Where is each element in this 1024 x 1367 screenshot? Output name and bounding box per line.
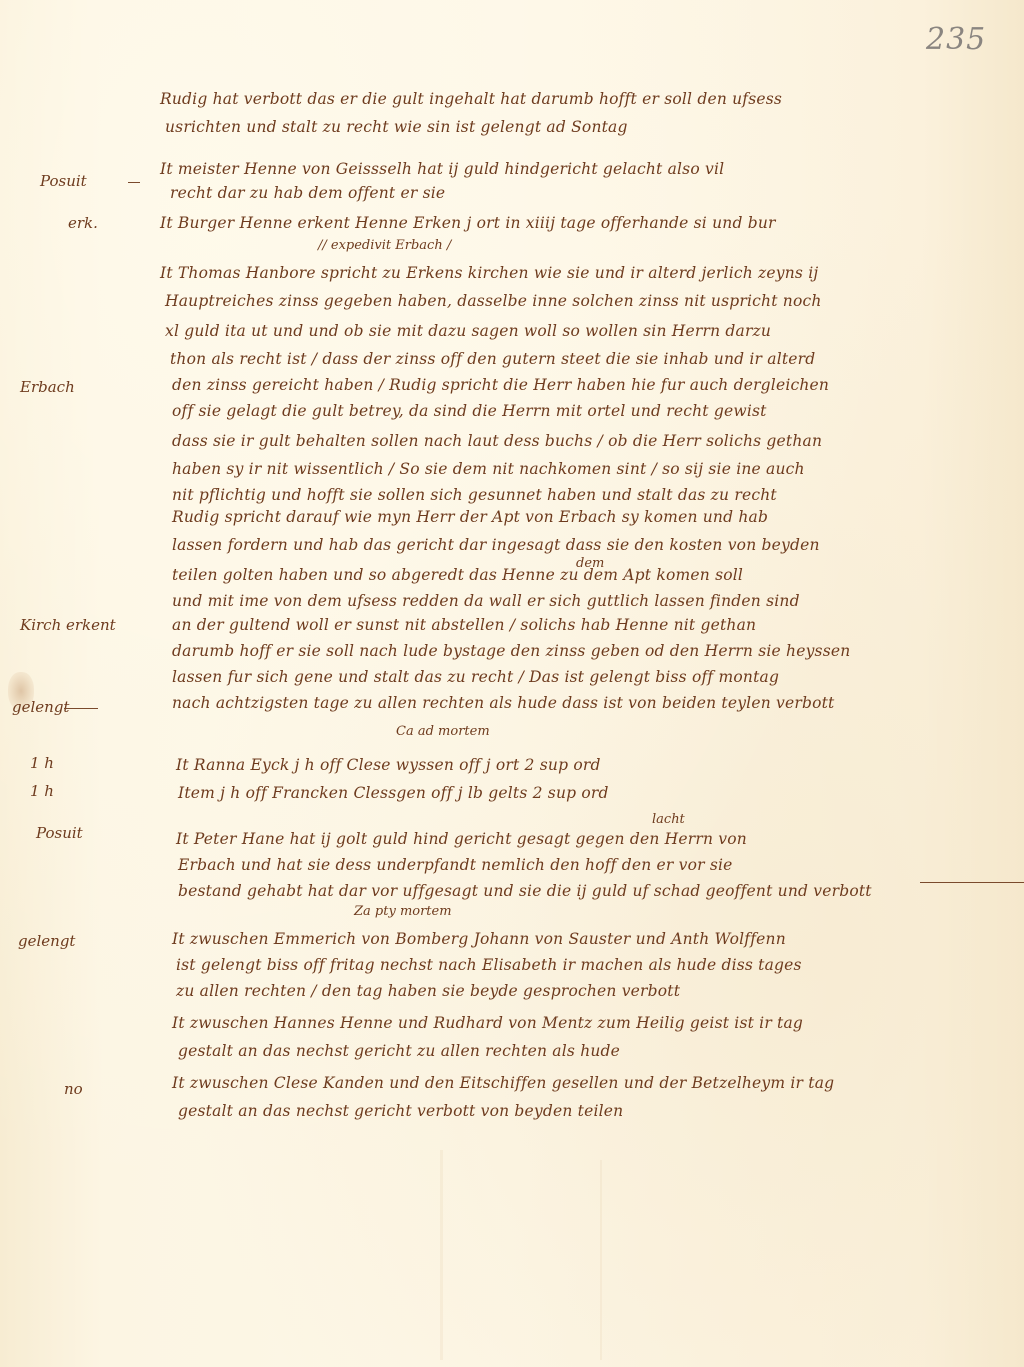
margin-note-h: 1 h xyxy=(30,782,54,800)
text-line: thon als recht ist / dass der zinss off … xyxy=(170,350,815,368)
text-line: haben sy ir nit wissentlich / So sie dem… xyxy=(172,460,805,478)
interlinear-ca-ad-mortem: Ca ad mortem xyxy=(396,724,490,739)
text-line: lassen fur sich gene und stalt das zu re… xyxy=(172,668,779,686)
text-line: an der gultend woll er sunst nit abstell… xyxy=(172,616,756,634)
text-line: gestalt an das nechst gericht zu allen r… xyxy=(178,1042,620,1060)
text-line: It Peter Hane hat ij golt guld hind geri… xyxy=(176,830,747,848)
paper-crease xyxy=(600,1160,602,1360)
margin-note-posuit: Posuit xyxy=(36,824,83,842)
text-line: It Burger Henne erkent Henne Erken j ort… xyxy=(160,214,776,232)
text-line: nit pflichtig und hofft sie sollen sich … xyxy=(172,486,777,504)
interlinear-expedivit: // expedivit Erbach / xyxy=(318,238,451,253)
margin-note-h: 1 h xyxy=(30,754,54,772)
text-line: Erbach und hat sie dess underpfandt neml… xyxy=(178,856,733,874)
page-number: 235 xyxy=(926,22,986,57)
text-line: bestand gehabt hat dar vor uffgesagt und… xyxy=(178,882,872,900)
text-line: nach achtzigsten tage zu allen rechten a… xyxy=(172,694,834,712)
text-line: ist gelengt biss off fritag nechst nach … xyxy=(176,956,802,974)
text-line: xl guld ita ut und und ob sie mit dazu s… xyxy=(165,322,771,340)
text-line: recht dar zu hab dem offent er sie xyxy=(170,184,445,202)
text-line: lassen fordern und hab das gericht dar i… xyxy=(172,536,820,554)
text-line: usrichten und stalt zu recht wie sin ist… xyxy=(165,118,628,136)
text-line: Hauptreiches zinss gegeben haben, dassel… xyxy=(165,292,822,310)
margin-note-gelengt: gelengt xyxy=(18,932,75,950)
text-line: It Ranna Eyck j h off Clese wyssen off j… xyxy=(176,756,601,774)
text-line: dass sie ir gult behalten sollen nach la… xyxy=(172,432,822,450)
text-line: It Thomas Hanbore spricht zu Erkens kirc… xyxy=(160,264,818,282)
margin-note-no: no xyxy=(64,1080,83,1098)
paper-crease xyxy=(440,1150,443,1360)
margin-dash xyxy=(64,708,98,709)
text-line: darumb hoff er sie soll nach lude bystag… xyxy=(172,642,850,660)
text-line: Rudig spricht darauf wie myn Herr der Ap… xyxy=(172,508,768,526)
text-line: den zinss gereicht haben / Rudig spricht… xyxy=(172,376,829,394)
margin-note-gelengt: gelengt xyxy=(12,698,69,716)
margin-note-erbach: Erbach xyxy=(20,378,75,396)
text-line: It zwuschen Hannes Henne und Rudhard von… xyxy=(172,1014,803,1032)
text-line: It zwuschen Clese Kanden und den Eitschi… xyxy=(172,1074,834,1092)
text-line: teilen golten haben und so abgeredt das … xyxy=(172,566,743,584)
margin-note-kirch-erkent: Kirch erkent xyxy=(20,616,116,634)
text-line: Item j h off Francken Clessgen off j lb … xyxy=(178,784,609,802)
margin-dash xyxy=(128,182,140,183)
text-line: It zwuschen Emmerich von Bomberg Johann … xyxy=(172,930,786,948)
text-line: und mit ime von dem ufsess redden da wal… xyxy=(172,592,800,610)
interlinear-lacht: lacht xyxy=(652,812,685,827)
text-line: It meister Henne von Geissselh hat ij gu… xyxy=(160,160,724,178)
text-line: Rudig hat verbott das er die gult ingeha… xyxy=(160,90,782,108)
line-extension-stroke xyxy=(920,882,1024,883)
text-line: off sie gelagt die gult betrey, da sind … xyxy=(172,402,767,420)
text-line: gestalt an das nechst gericht verbott vo… xyxy=(178,1102,623,1120)
margin-note-posuit: Posuit xyxy=(40,172,87,190)
margin-note-erk: erk. xyxy=(68,214,98,232)
text-line: zu allen rechten / den tag haben sie bey… xyxy=(176,982,680,1000)
interlinear-za-pty: Za pty mortem xyxy=(354,904,452,919)
